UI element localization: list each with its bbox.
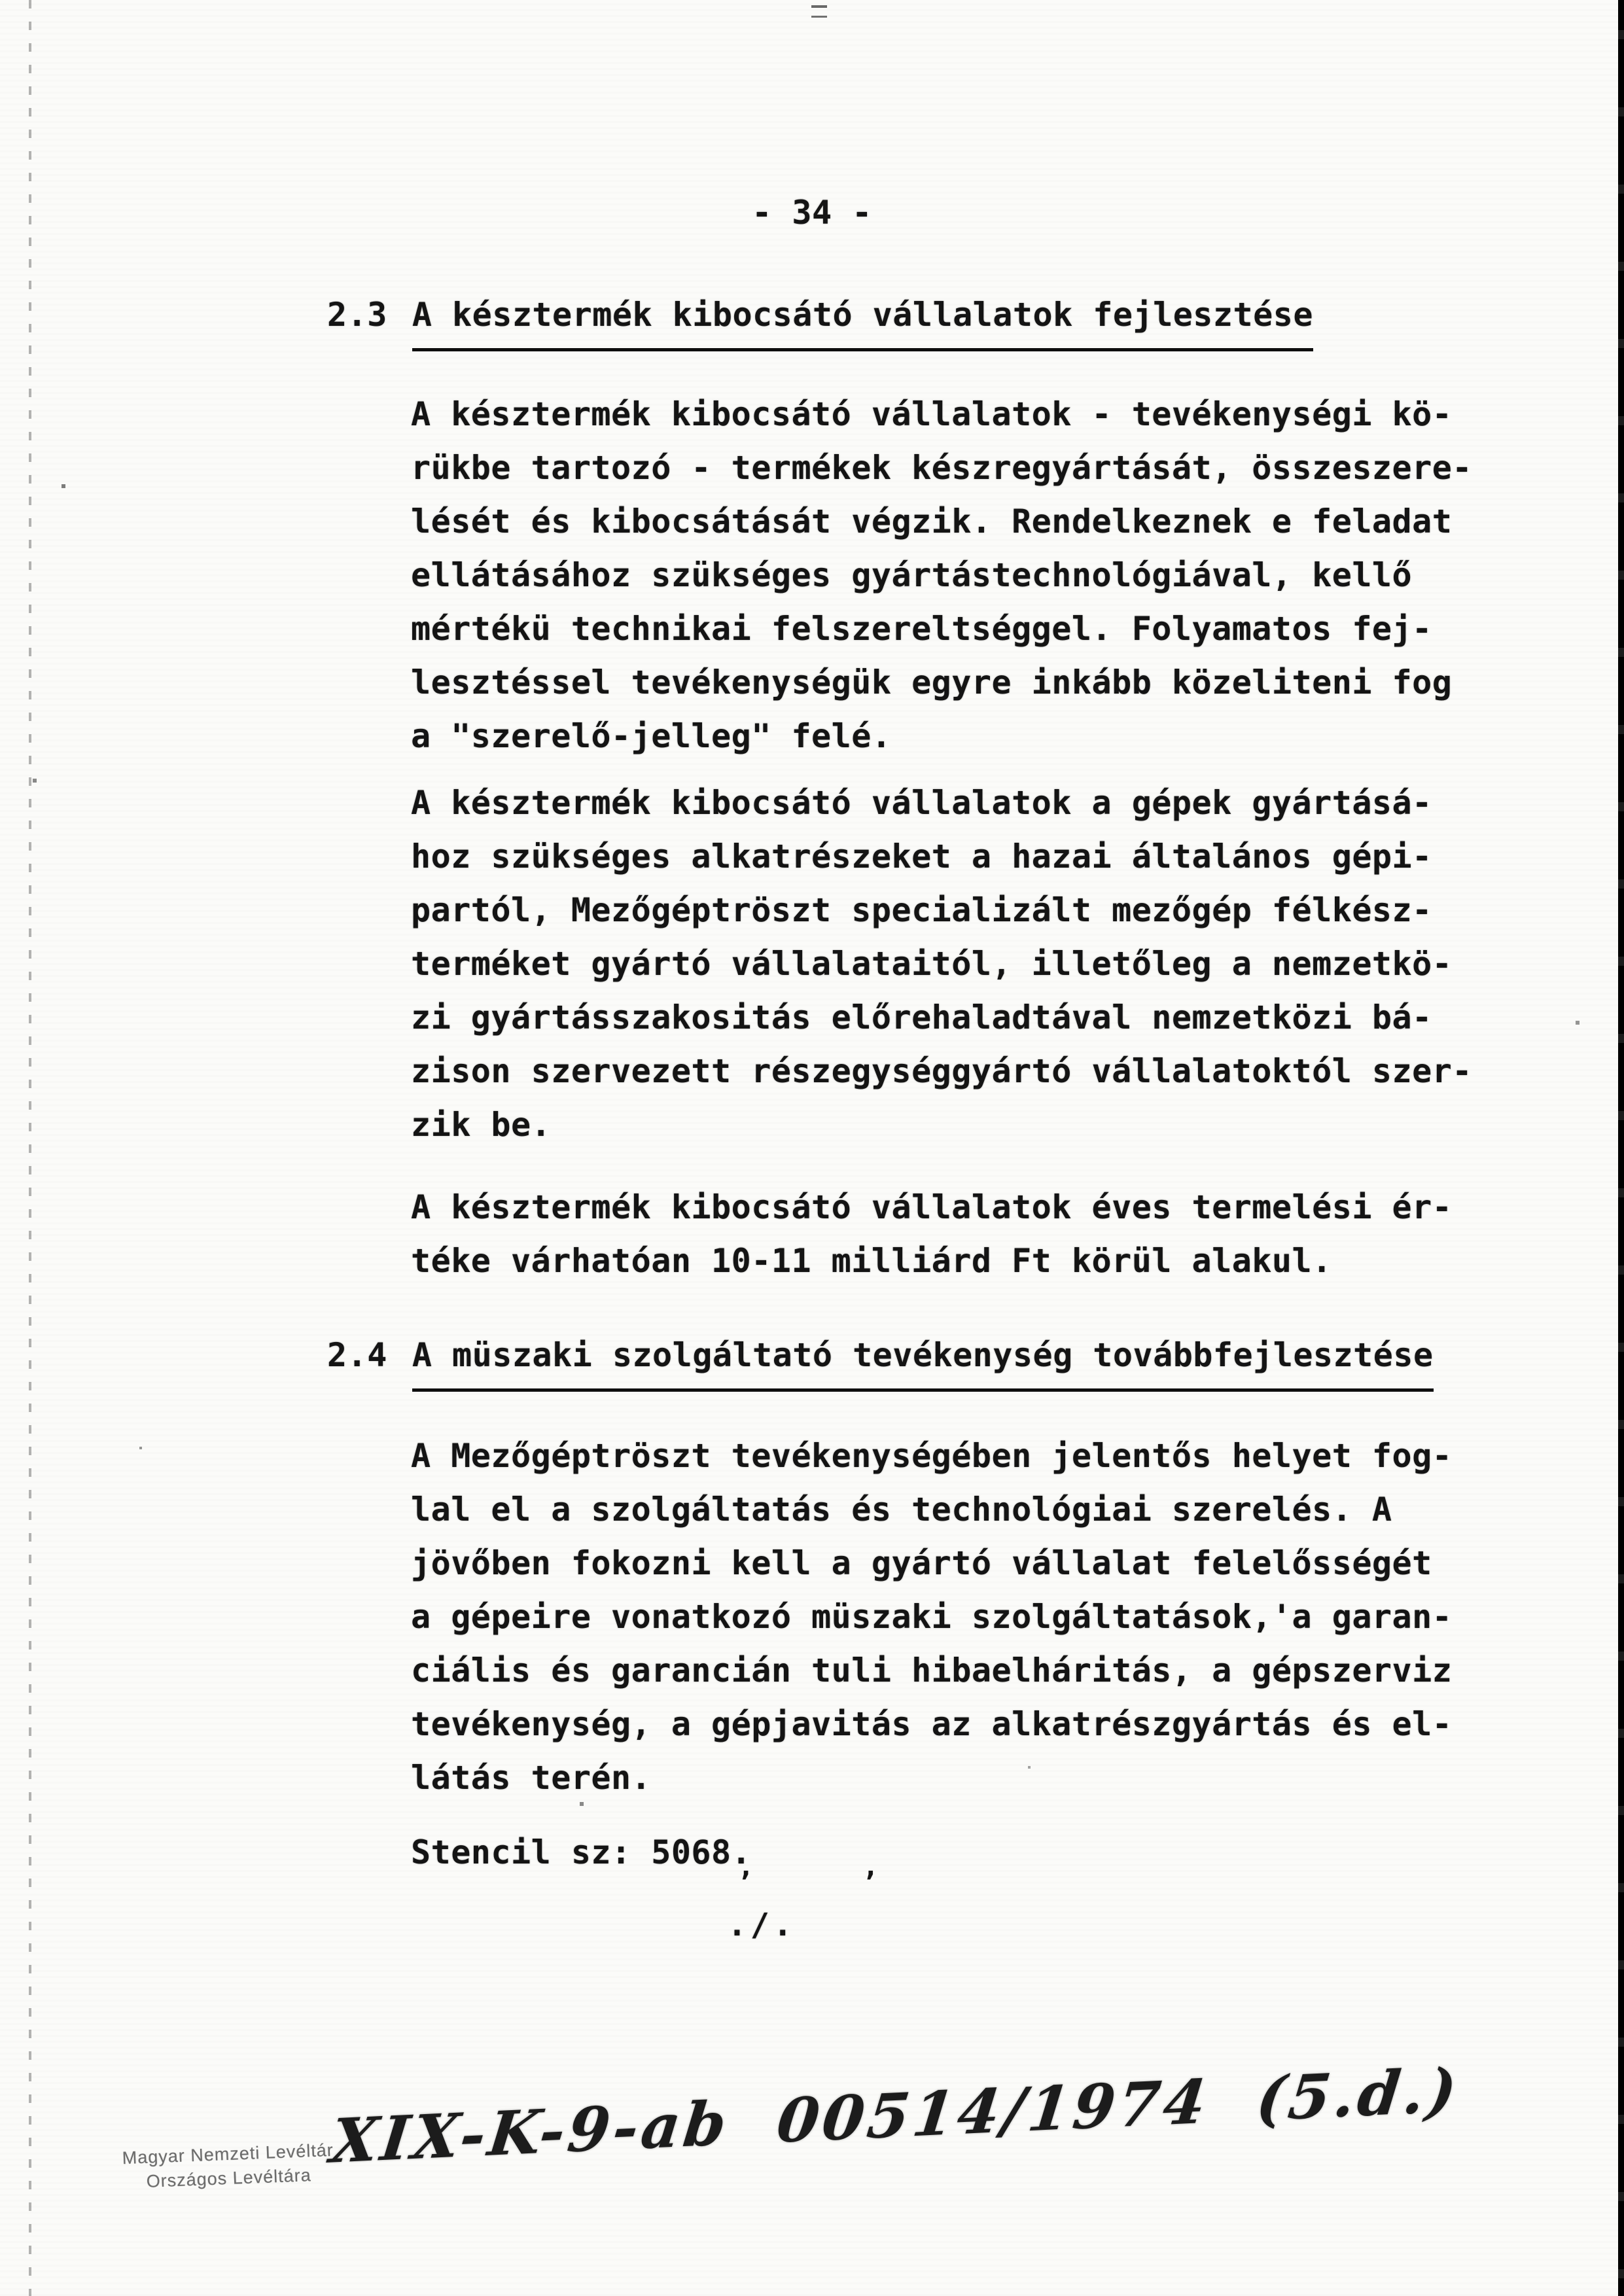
scan-artifact-right-black-band [1618,0,1624,2296]
page-number: - 34 - [0,186,1624,239]
continuation-mark: ./. [728,1908,796,1942]
scan-artifact-top-mark [811,5,827,18]
section-heading-2-4: 2.4 A müszaki szolgáltató tevékenység to… [327,1328,1434,1392]
body-paragraph-2: A késztermék kibocsátó vállalatok a gépe… [411,776,1536,1152]
section-title-2-3: A késztermék kibocsátó vállalatok fejles… [412,288,1313,351]
stray-apostrophe-marks: ’ ’ [737,1869,924,1896]
scan-artifact-left-dashed-line [29,0,31,2296]
scan-artifact-specks [0,0,1,1]
section-number-2-3: 2.3 [327,288,387,342]
section-number-2-4: 2.4 [327,1328,387,1382]
archive-stamp: Magyar Nemzeti Levéltár Országos Levéltá… [120,2138,338,2195]
body-paragraph-4: A Mezőgéptröszt tevékenységében jelentős… [411,1429,1536,1805]
scanned-document-page: - 34 - 2.3 A késztermék kibocsátó vállal… [0,0,1624,2296]
section-title-2-4: A müszaki szolgáltató tevékenység tovább… [412,1328,1434,1392]
body-paragraph-3: A késztermék kibocsátó vállalatok éves t… [411,1180,1536,1288]
body-paragraph-1: A késztermék kibocsátó vállalatok - tevé… [411,387,1536,763]
stencil-number-note: Stencil sz: 5068. [411,1826,751,1879]
section-heading-2-3: 2.3 A késztermék kibocsátó vállalatok fe… [327,288,1313,351]
handwritten-archive-reference: XIX-K-9-ab 00514/1974 (5.d.) [326,2041,1465,2191]
